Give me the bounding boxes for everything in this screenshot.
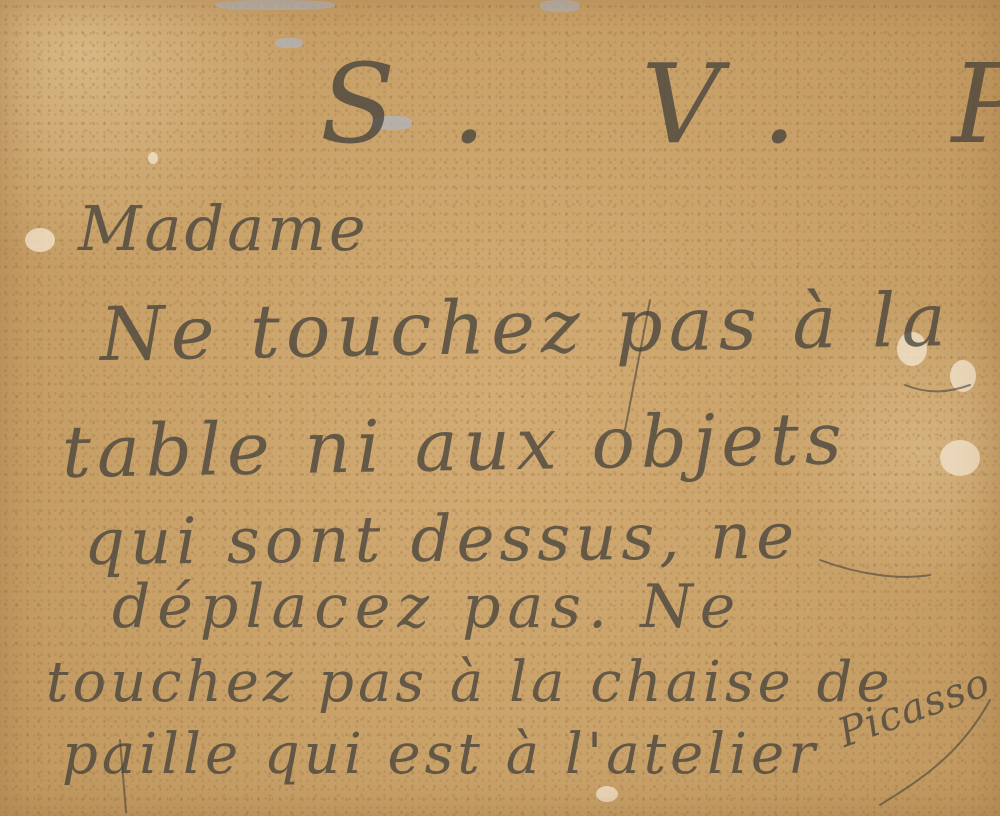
grey-paint-mark: [540, 0, 580, 12]
grey-paint-mark: [215, 0, 335, 10]
note-salutation: Madame: [78, 192, 369, 265]
note-line-6: paille qui est à l'atelier: [62, 722, 819, 787]
note-line-2: table ni aux objets: [61, 396, 848, 494]
paint-chip: [940, 440, 980, 476]
note-line-5: touchez pas à la chaise de: [46, 650, 894, 715]
note-line-3: qui sont dessus, ne: [84, 500, 800, 580]
paint-chip: [596, 786, 618, 802]
paint-chip: [148, 152, 158, 164]
note-line-1: Ne touchez pas à la: [99, 277, 952, 378]
grey-paint-mark: [275, 38, 303, 48]
cardboard-note: S. V. P. Madame Ne touchez pas à la tabl…: [0, 0, 1000, 816]
note-line-4: déplacez pas. Ne: [112, 572, 742, 642]
paint-chip: [950, 360, 976, 392]
paint-chip: [25, 228, 55, 252]
note-header: S. V. P.: [320, 40, 1000, 168]
